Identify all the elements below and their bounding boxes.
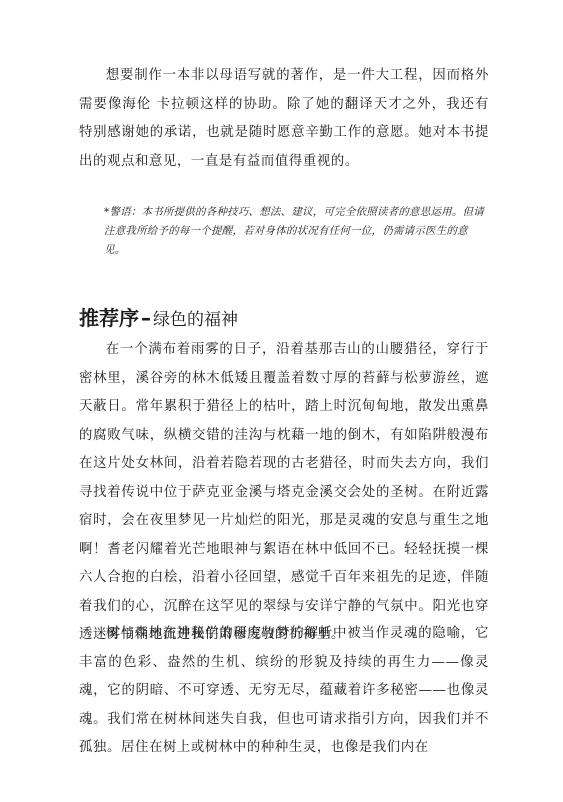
book-page: 想要制作一本非以母语写就的著作，是一件大工程，因而格外需要像海伦 卡拉顿这样的协…	[0, 0, 563, 802]
section-heading-dash: –	[141, 306, 151, 330]
body-paragraph: 树与森林在神秘学的研究与梦的解析中被当作灵魂的隐喻，它丰富的色彩、盎然的生机、缤…	[79, 620, 489, 763]
section-heading: 推荐序–绿色的福神	[79, 303, 238, 335]
acknowledgment-paragraph: 想要制作一本非以母语写就的著作，是一件大工程，因而格外需要像海伦 卡拉顿这样的协…	[79, 62, 489, 176]
section-heading-main: 推荐序	[79, 306, 139, 330]
warning-note: *警语：本书所提供的各种技巧、想法、建议，可完全依照读者的意思运用。但请注意我所…	[104, 203, 489, 260]
section-heading-subtitle: 绿色的福神	[153, 310, 238, 330]
body-paragraph: 在一个满布着雨雾的日子，沿着基那吉山的山腰猎径，穿行于密林里，溪谷旁的林木低矮且…	[79, 336, 489, 650]
